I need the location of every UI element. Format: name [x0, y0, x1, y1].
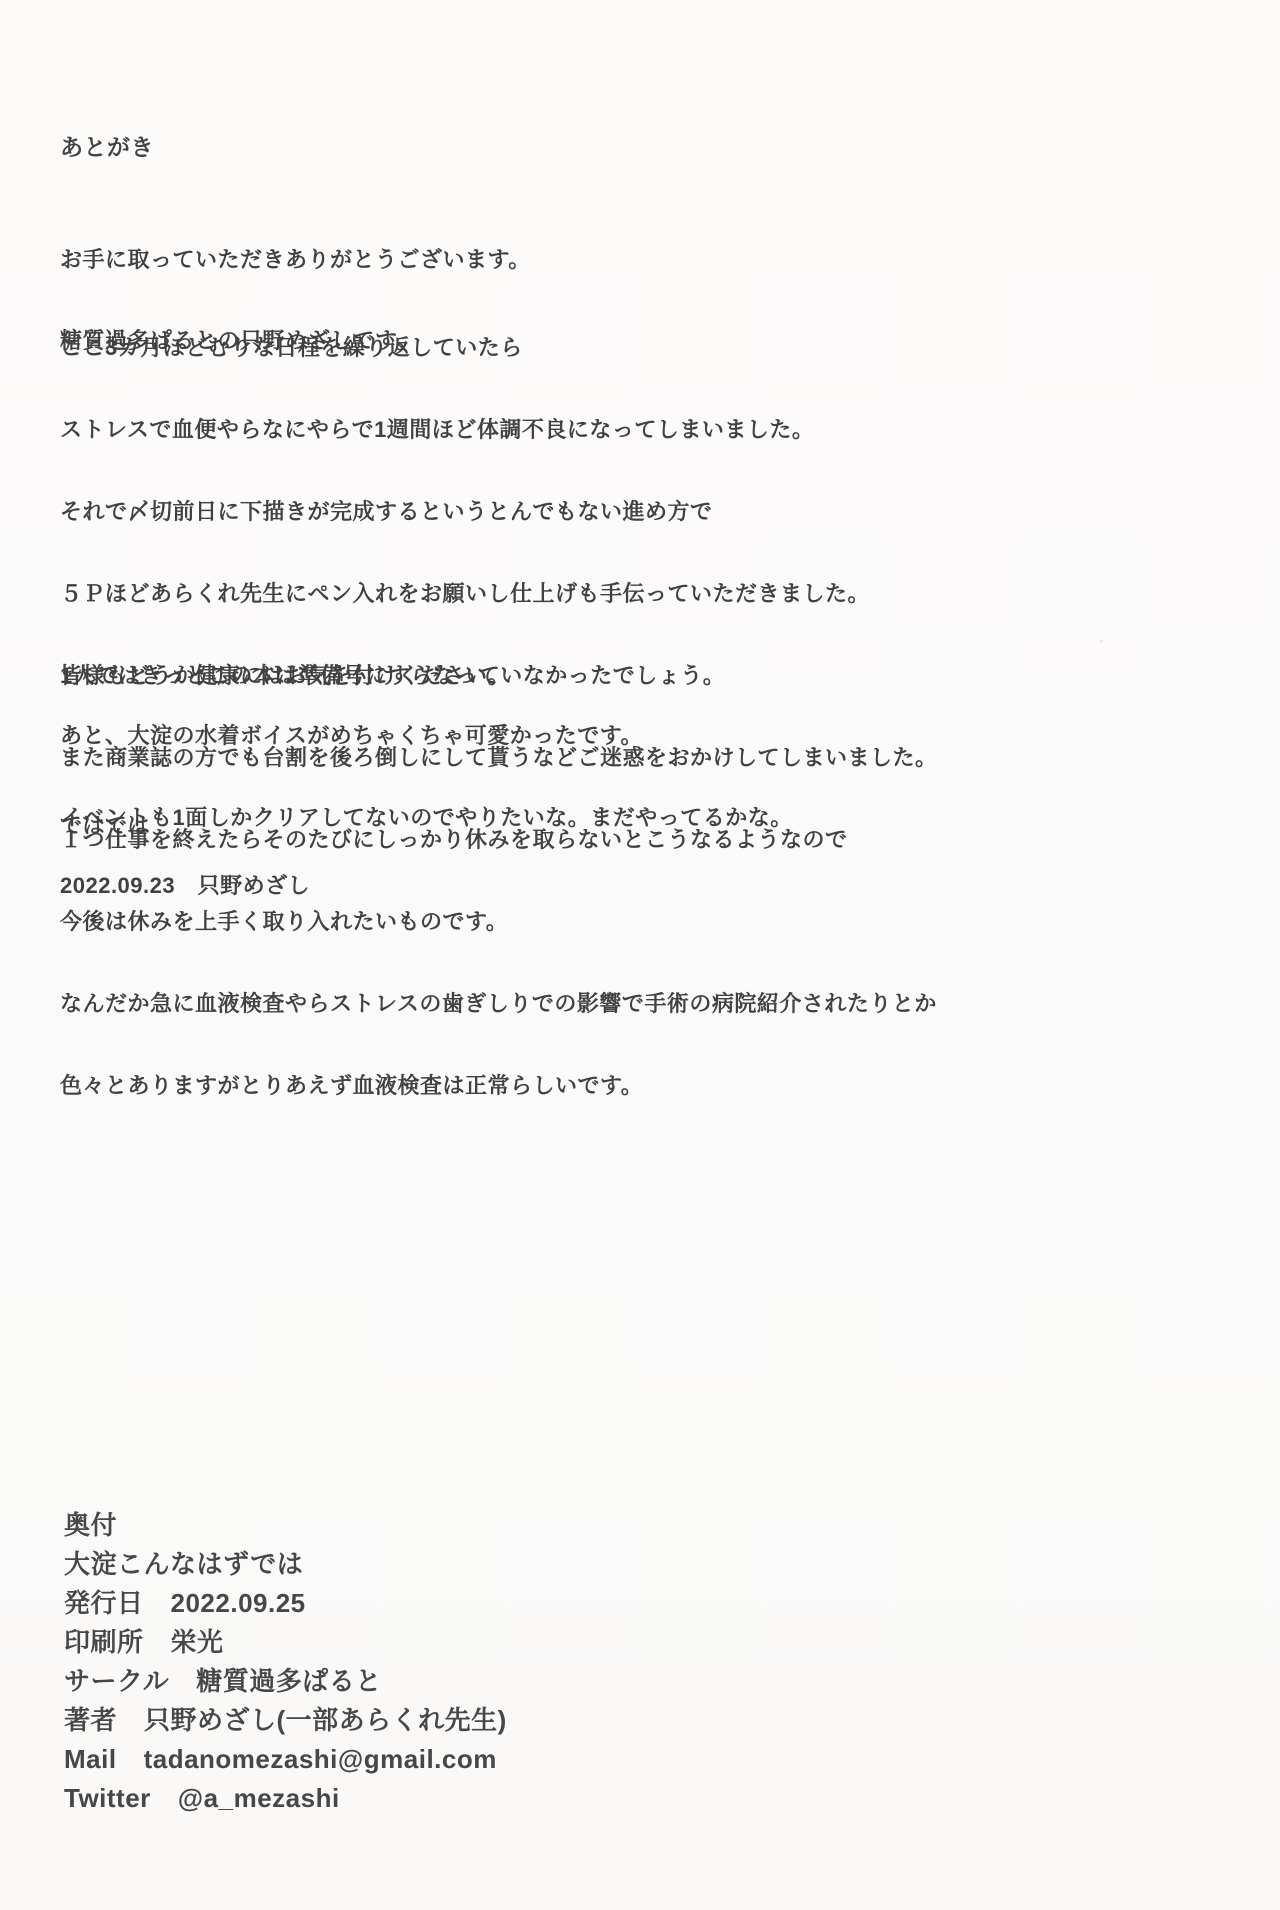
printer-label: 印刷所: [64, 1623, 144, 1662]
afterword-line: ここ3カ月ほどむりな日程を繰り返していたら: [60, 333, 938, 363]
colophon-row-printer: 印刷所 栄光: [64, 1623, 507, 1662]
afterword-line: ストレスで血便やらなにやらで1週間ほど体調不良になってしまいました。: [60, 415, 938, 445]
colophon-book-title: 大淀こんなはずでは: [64, 1545, 507, 1584]
scan-artifact: [1100, 640, 1103, 643]
afterword-line: あと、大淀の水着ボイスがめちゃくちゃ可愛かったです。: [60, 721, 793, 751]
colophon-row-circle: サークル 糖質過多ぱると: [64, 1662, 507, 1701]
colophon-row-twitter: Twitter @a_mezashi: [64, 1779, 507, 1818]
scanned-page: あとがき お手に取っていただきありがとうございます。 糖質過多ぱるとの只野めざし…: [0, 0, 1280, 1910]
circle-value: 糖質過多ぱると: [196, 1662, 382, 1701]
mail-address: tadanomezashi@gmail.com: [144, 1740, 497, 1779]
afterword-date-signature: 2022.09.23 只野めざし: [60, 819, 310, 953]
circle-label: サークル: [64, 1662, 169, 1701]
colophon-header: 奥付: [64, 1506, 507, 1545]
afterword-line: お手に取っていただきありがとうございます。: [60, 245, 531, 274]
afterword-line: ５Ｐほどあらくれ先生にペン入れをお願いし仕上げも手伝っていただきました。: [60, 579, 938, 609]
date-signature-line: 2022.09.23 只野めざし: [60, 871, 310, 901]
publish-date-label: 発行日: [64, 1584, 144, 1623]
afterword-line: なんだか急に血液検査やらストレスの歯ぎしりでの影響で手術の病院紹介されたりとか: [60, 989, 938, 1019]
afterword-line: それで〆切前日に下描きが完成するというとんでもない進め方で: [60, 497, 938, 527]
printer-value: 栄光: [171, 1623, 224, 1662]
twitter-label: Twitter: [64, 1779, 151, 1818]
colophon-row-publish-date: 発行日 2022.09.25: [64, 1584, 507, 1623]
afterword-line: 色々とありますがとりあえず血液検査は正常らしいです。: [60, 1071, 938, 1101]
colophon-section: 奥付 大淀こんなはずでは 発行日 2022.09.25 印刷所 栄光 サークル …: [64, 1506, 507, 1818]
colophon-row-mail: Mail tadanomezashi@gmail.com: [64, 1740, 507, 1779]
twitter-handle: @a_mezashi: [178, 1779, 340, 1818]
author-value: 只野めざし(一部あらくれ先生): [144, 1701, 507, 1740]
afterword-title: あとがき: [60, 129, 154, 162]
colophon-row-author: 著者 只野めざし(一部あらくれ先生): [64, 1701, 507, 1740]
publish-date-value: 2022.09.25: [171, 1584, 306, 1623]
mail-label: Mail: [64, 1740, 117, 1779]
author-label: 著者: [64, 1701, 117, 1740]
